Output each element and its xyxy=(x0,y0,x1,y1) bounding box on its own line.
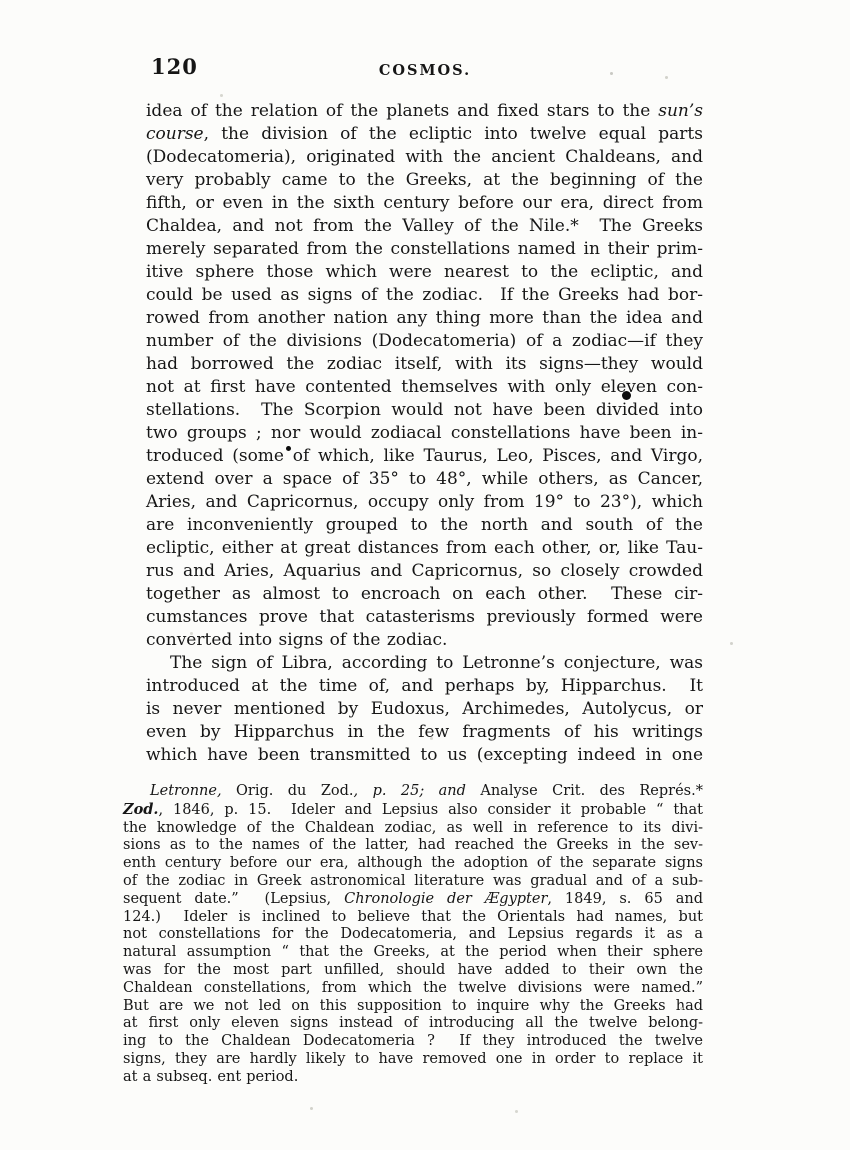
paragraph-libra: The sign of Libra, according to Letronne… xyxy=(146,652,703,767)
text-line: together as almost to encroach on each o… xyxy=(146,583,703,606)
text-line: idea of the relation of the planets and … xyxy=(146,100,703,123)
text-line: ing to the Chaldean Dodecatomeria ? If t… xyxy=(123,1033,703,1051)
text-line: Chaldea, and not from the Valley of the … xyxy=(146,215,703,238)
text-line: extend over a space of 35° to 48°, while… xyxy=(146,468,703,491)
text-line: cumstances prove that catasterisms previ… xyxy=(146,606,703,629)
text-line: converted into signs of the zodiac. xyxy=(146,629,703,652)
text-line: very probably came to the Greeks, at the… xyxy=(146,169,703,192)
text-line: number of the divisions (Dodecatomeria) … xyxy=(146,330,703,353)
text-line: ecliptic, either at great distances from… xyxy=(146,537,703,560)
ink-blot xyxy=(622,391,631,400)
text-line: itive sphere those which were nearest to… xyxy=(146,261,703,284)
text-line: two groups ; nor would zodiacal constell… xyxy=(146,422,703,445)
text-line: rowed from another nation any thing more… xyxy=(146,307,703,330)
text-line: had borrowed the zodiac itself, with its… xyxy=(146,353,703,376)
text-line: fifth, or even in the sixth century befo… xyxy=(146,192,703,215)
text-line: natural assumption “ that the Greeks, at… xyxy=(123,944,703,962)
ink-blot xyxy=(286,446,291,451)
text-line: course, the division of the ecliptic int… xyxy=(146,123,703,146)
text-line: which have been transmitted to us (excep… xyxy=(146,744,703,767)
text-line: (Dodecatomeria), originated with the anc… xyxy=(146,146,703,169)
text-line: introduced at the time of, and perhaps b… xyxy=(146,675,703,698)
text-line: 124.) Ideler is inclined to believe that… xyxy=(123,909,703,927)
text-line: not at first have contented themselves w… xyxy=(146,376,703,399)
text-line: of the zodiac in Greek astronomical lite… xyxy=(123,873,703,891)
text-line: sions as to the names of the latter, had… xyxy=(123,837,703,855)
text-line: Chaldean constellations, from which the … xyxy=(123,980,703,998)
text-line: are inconveniently grouped to the north … xyxy=(146,514,703,537)
text-line: the knowledge of the Chaldean zodiac, as… xyxy=(123,820,703,838)
body-text: idea of the relation of the planets and … xyxy=(146,100,703,767)
text-line: is never mentioned by Eudoxus, Archimede… xyxy=(146,698,703,721)
text-line: even by Hipparchus in the few fragments … xyxy=(146,721,703,744)
text-line: at first only eleven signs instead of in… xyxy=(123,1015,703,1033)
book-page: 120 COSMOS. idea of the relation of the … xyxy=(0,0,850,1150)
text-line: at a subseq. ent period. xyxy=(123,1069,703,1087)
text-line: Letronne, Orig. du Zod., p. 25; and Anal… xyxy=(123,783,703,801)
running-title: COSMOS. xyxy=(0,62,850,79)
footnote: Letronne, Orig. du Zod., p. 25; and Anal… xyxy=(123,783,703,1087)
text-line: stellations. The Scorpion would not have… xyxy=(146,399,703,422)
scan-speckle xyxy=(610,72,613,75)
text-line: Zod., 1846, p. 15. Ideler and Lepsius al… xyxy=(123,801,703,820)
text-line: could be used as signs of the zodiac. If… xyxy=(146,284,703,307)
text-line: Aries, and Capricornus, occupy only from… xyxy=(146,491,703,514)
text-line: signs, they are hardly likely to have re… xyxy=(123,1051,703,1069)
text-line: troduced (some of which, like Taurus, Le… xyxy=(146,445,703,468)
text-line: rus and Aries, Aquarius and Capricornus,… xyxy=(146,560,703,583)
text-line: merely separated from the constellations… xyxy=(146,238,703,261)
text-line: was for the most part unfilled, should h… xyxy=(123,962,703,980)
text-line: The sign of Libra, according to Letronne… xyxy=(146,652,703,675)
text-line: But are we not led on this supposition t… xyxy=(123,998,703,1016)
text-line: sequent date.” (Lepsius, Chronologie der… xyxy=(123,891,703,909)
paragraph-continued: idea of the relation of the planets and … xyxy=(146,100,703,652)
text-line: enth century before our era, although th… xyxy=(123,855,703,873)
text-line: not constellations for the Dodecatomeria… xyxy=(123,926,703,944)
